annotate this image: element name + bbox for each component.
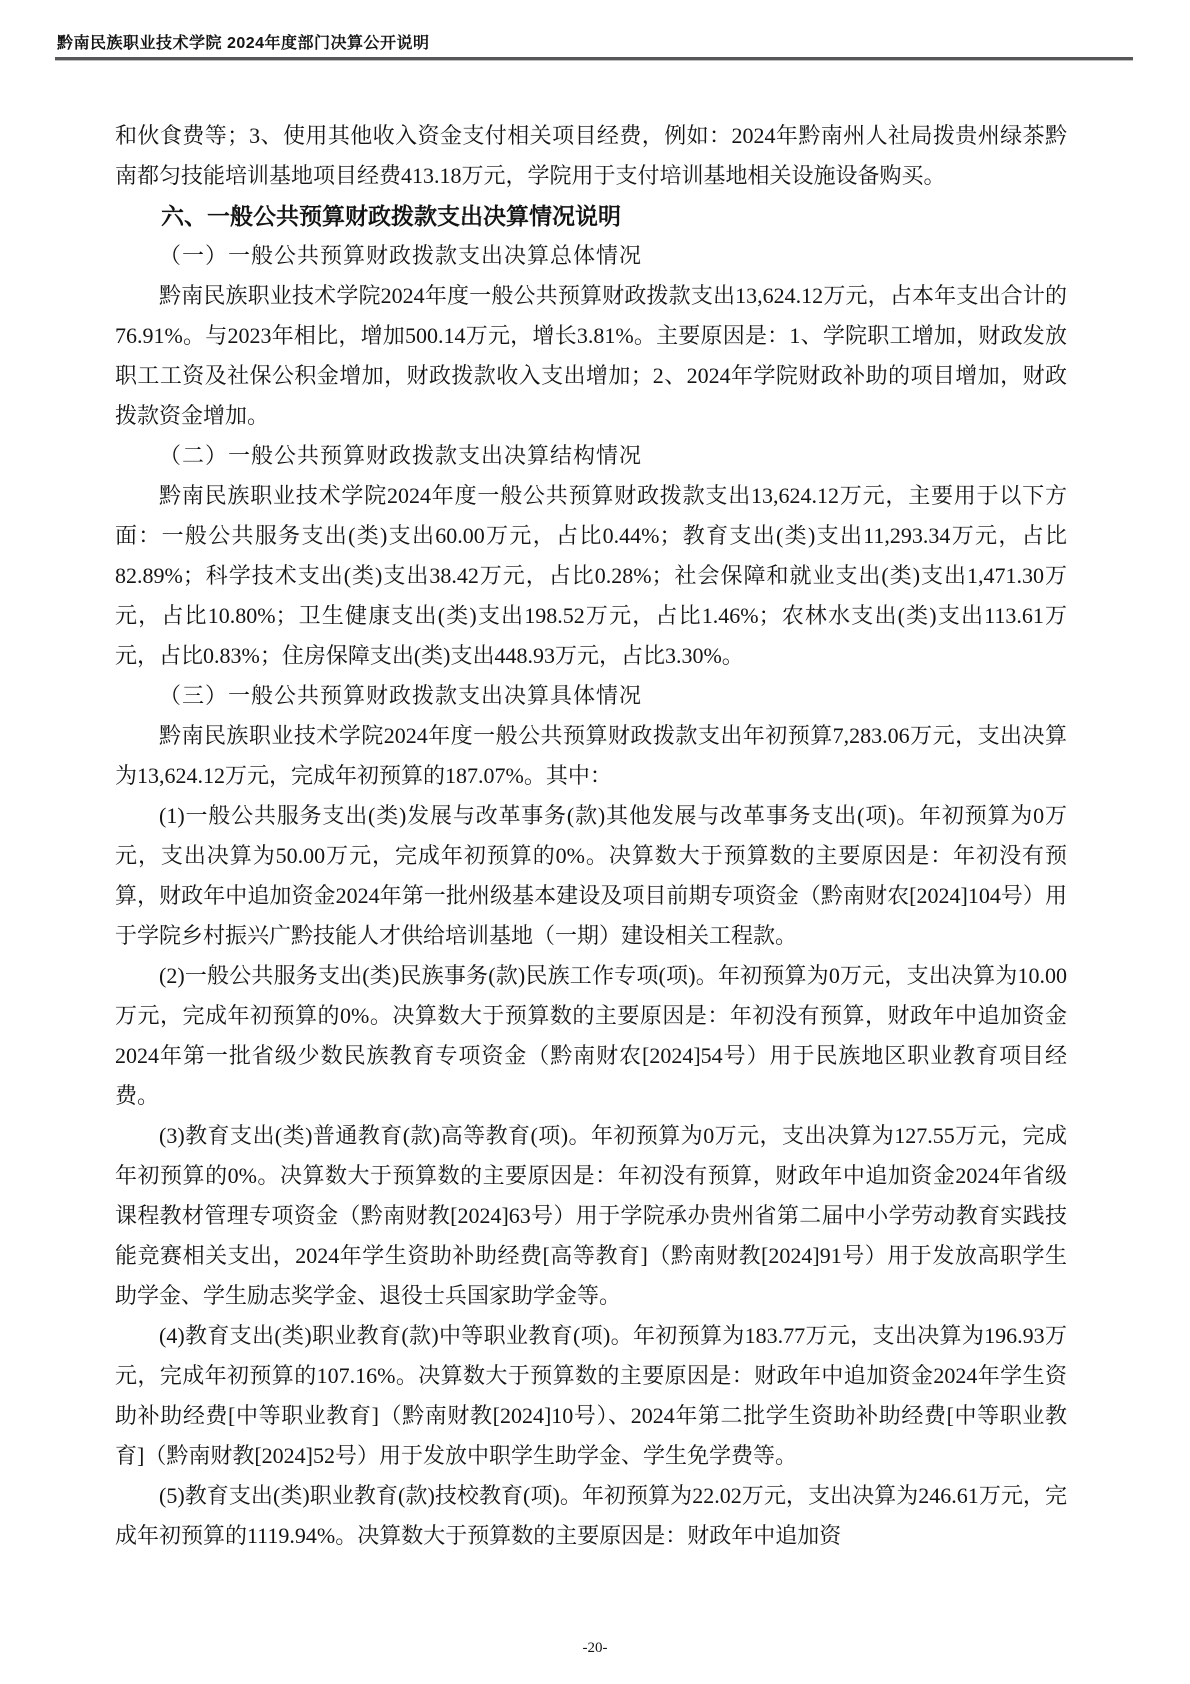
page-number: -20-	[583, 1640, 608, 1656]
section-heading: （三）一般公共预算财政拨款支出决算具体情况	[115, 676, 1067, 716]
paragraph: 黔南民族职业技术学院2024年度一般公共预算财政拨款支出13,624.12万元，…	[115, 276, 1067, 436]
paragraph: 和伙食费等；3、使用其他收入资金支付相关项目经费，例如：2024年黔南州人社局拨…	[115, 116, 1067, 196]
header-rule	[55, 57, 1133, 61]
section-heading: （一）一般公共预算财政拨款支出决算总体情况	[115, 236, 1067, 276]
paragraph: (5)教育支出(类)职业教育(款)技校教育(项)。年初预算为22.02万元，支出…	[115, 1476, 1067, 1556]
paragraph: (3)教育支出(类)普通教育(款)高等教育(项)。年初预算为0万元，支出决算为1…	[115, 1116, 1067, 1316]
paragraph: (4)教育支出(类)职业教育(款)中等职业教育(项)。年初预算为183.77万元…	[115, 1316, 1067, 1476]
paragraph: (2)一般公共服务支出(类)民族事务(款)民族工作专项(项)。年初预算为0万元，…	[115, 956, 1067, 1116]
paragraph: 黔南民族职业技术学院2024年度一般公共预算财政拨款支出年初预算7,283.06…	[115, 716, 1067, 796]
section-heading: （二）一般公共预算财政拨款支出决算结构情况	[115, 436, 1067, 476]
section-heading: 六、一般公共预算财政拨款支出决算情况说明	[115, 196, 1067, 236]
paragraph: 黔南民族职业技术学院2024年度一般公共预算财政拨款支出13,624.12万元，…	[115, 476, 1067, 676]
document-page: 黔南民族职业技术学院 2024年度部门决算公开说明 和伙食费等；3、使用其他收入…	[0, 0, 1190, 1684]
header-title: 黔南民族职业技术学院 2024年度部门决算公开说明	[57, 30, 430, 53]
page-footer: -20-	[0, 1640, 1190, 1657]
paragraph: (1)一般公共服务支出(类)发展与改革事务(款)其他发展与改革事务支出(项)。年…	[115, 796, 1067, 956]
document-body: 和伙食费等；3、使用其他收入资金支付相关项目经费，例如：2024年黔南州人社局拨…	[115, 116, 1067, 1556]
